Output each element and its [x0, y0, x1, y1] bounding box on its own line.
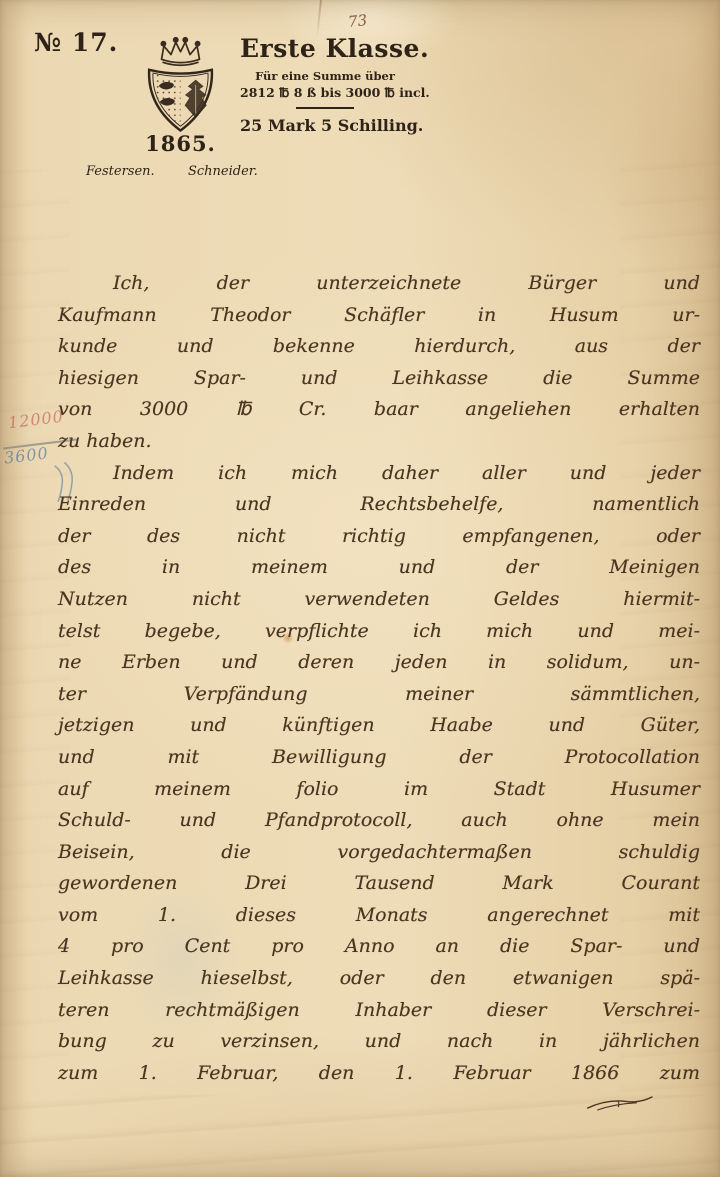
body-line: Leihkasse hieselbst, oder den etwanigen … — [58, 963, 700, 995]
body-line: Kaufmann Theodor Schäfler in Husum ur- — [58, 300, 700, 332]
paper-stain — [600, 40, 720, 300]
body-line: auf meinem folio im Stadt Husumer — [58, 774, 700, 806]
class-subtitle-2: 2812 ℔ 8 ß bis 3000 ℔ incl. — [240, 85, 410, 100]
body-line: ne Erben und deren jeden in solidum, un- — [58, 647, 700, 679]
year-label: 1865. — [133, 131, 228, 156]
margin-note-red: 12000 — [7, 407, 65, 433]
body-line: Indem ich mich daher aller und jeder — [58, 458, 700, 490]
folio-number: 73 — [347, 11, 368, 31]
body-line: zu haben. — [58, 426, 700, 458]
body-line: zum 1. Februar, den 1. Februar 1866 zum — [58, 1058, 700, 1090]
document-number: № 17. — [34, 28, 118, 57]
body-line: jetzigen und künftigen Haabe und Güter, — [58, 710, 700, 742]
body-line: der des nicht richtig empfangenen, oder — [58, 521, 700, 553]
fee-line: 25 Mark 5 Schilling. — [240, 116, 410, 135]
paper-crease — [316, 0, 322, 38]
class-block: Erste Klasse. Für eine Summe über 2812 ℔… — [240, 34, 410, 135]
body-line: von 3000 ℔ Cr. baar angeliehen erhalten — [58, 394, 700, 426]
coat-of-arms-icon — [133, 28, 228, 144]
body-line: und mit Bewilligung der Protocollation — [58, 742, 700, 774]
printed-name-schneider: Schneider. — [188, 164, 258, 179]
margin-note-blue: 3600 — [3, 443, 50, 467]
body-line: kunde und bekenne hierdurch, aus der — [58, 331, 700, 363]
body-line: Nutzen nicht verwendeten Geldes hiermit- — [58, 584, 700, 616]
body-line: hiesigen Spar- und Leihkasse die Summe — [58, 363, 700, 395]
body-line: teren rechtmäßigen Inhaber dieser Versch… — [58, 995, 700, 1027]
body-line: ter Verpfändung meiner sämmtlichen, — [58, 679, 700, 711]
end-flourish — [584, 1093, 655, 1118]
body-line: Beisein, die vorgedachtermaßen schuldig — [58, 837, 700, 869]
body-line: vom 1. dieses Monats angerechnet mit — [58, 900, 700, 932]
body-line: Schuld- und Pfandprotocoll, auch ohne me… — [58, 805, 700, 837]
body-line: gewordenen Drei Tausend Mark Courant — [58, 868, 700, 900]
class-subtitle-1: Für eine Summe über — [240, 69, 410, 83]
header-divider — [296, 107, 354, 109]
body-line: Einreden und Rechtsbehelfe, namentlich — [58, 489, 700, 521]
body-line: 4 pro Cent pro Anno an die Spar- und — [58, 931, 700, 963]
body-line: bung zu verzinsen, und nach in jährliche… — [58, 1026, 700, 1058]
handwritten-body: Ich, der unterzeichnete Bürger und Kaufm… — [58, 268, 700, 1089]
printed-name-festersen: Festersen. — [86, 164, 155, 179]
body-line: des in meinem und der Meinigen — [58, 552, 700, 584]
document-page: 73 № 17. — [0, 0, 720, 1177]
body-line: Ich, der unterzeichnete Bürger und — [58, 268, 700, 300]
class-title: Erste Klasse. — [240, 34, 410, 63]
body-line: telst begebe, verpflichte ich mich und m… — [58, 616, 700, 648]
